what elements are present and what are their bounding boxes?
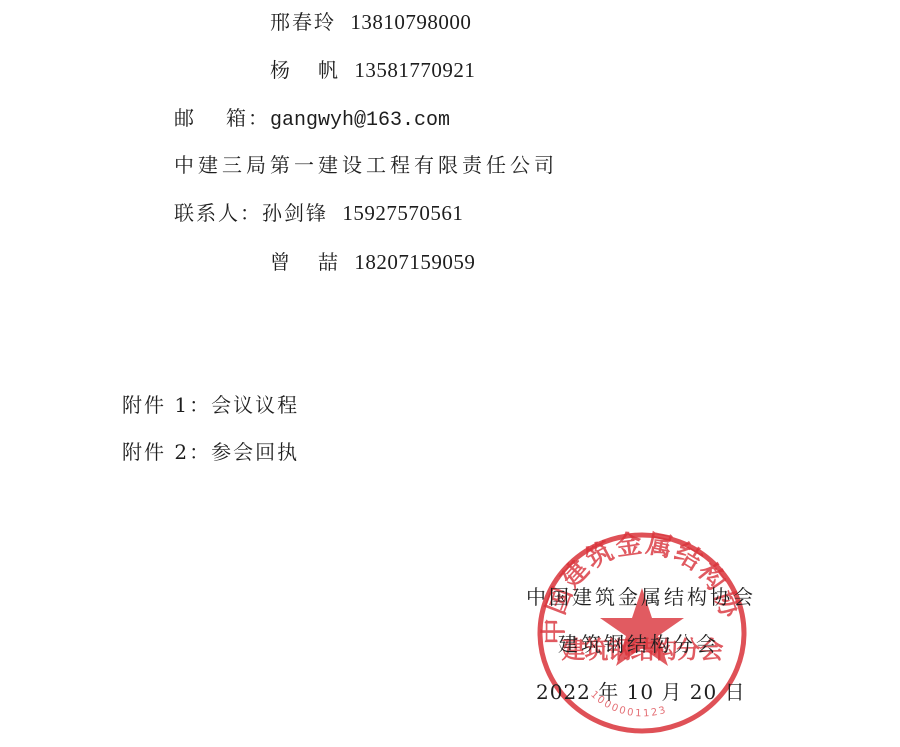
signature-org: 中国建筑金属结构协会 bbox=[526, 584, 756, 610]
company-contact-row-zeng: 曾喆 18207159059 bbox=[270, 249, 475, 275]
attachment-label: 附件 2： bbox=[122, 440, 211, 464]
contact-phone: 13810798000 bbox=[350, 10, 471, 34]
contact-name: 邢春玲 bbox=[270, 10, 336, 34]
contact-row-xing: 邢春玲 13810798000 bbox=[270, 9, 471, 35]
contact-label: 联系人： bbox=[174, 201, 262, 225]
contact-phone: 13581770921 bbox=[354, 58, 475, 82]
company-contact-row: 联系人：孙剑锋 15927570561 bbox=[174, 200, 463, 226]
email-value: gangwyh@163.com bbox=[270, 109, 450, 132]
email-row: 邮箱：gangwyh@163.com bbox=[174, 105, 450, 134]
email-label-b: 箱： bbox=[226, 106, 270, 130]
contact-row-yang: 杨帆 13581770921 bbox=[270, 57, 475, 83]
signature-date: 2022 年 10 月 20 日 bbox=[536, 679, 746, 705]
attachment-title: 参会回执 bbox=[211, 440, 299, 464]
contact-name: 孙剑锋 bbox=[262, 201, 328, 225]
signature-branch: 建筑钢结构分会 bbox=[558, 631, 719, 657]
contact-name-last: 喆 bbox=[318, 250, 340, 274]
company-name: 中建三局第一建设工程有限责任公司 bbox=[174, 152, 558, 178]
contact-name-last: 帆 bbox=[318, 58, 340, 82]
attachment-title: 会议议程 bbox=[211, 393, 299, 417]
attachment-label: 附件 1： bbox=[122, 393, 211, 417]
contact-name-first: 杨 bbox=[270, 58, 292, 82]
contact-phone: 15927570561 bbox=[342, 201, 463, 225]
email-label-a: 邮 bbox=[174, 106, 196, 130]
attachment-2: 附件 2：参会回执 bbox=[122, 439, 299, 465]
contact-phone: 18207159059 bbox=[354, 250, 475, 274]
contact-name-first: 曾 bbox=[270, 250, 292, 274]
attachment-1: 附件 1：会议议程 bbox=[122, 392, 299, 418]
